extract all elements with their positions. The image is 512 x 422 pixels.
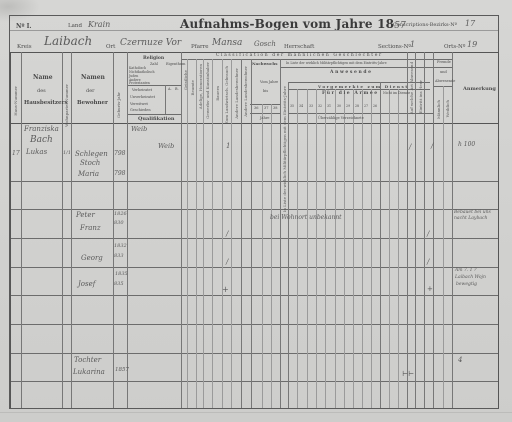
qualifikation-value: Weib [158,142,174,150]
col-line [407,52,408,408]
bewohner-value: Josef [78,280,95,288]
anmerkung-value: Am 7. 1 ? [455,268,476,273]
wohnpartei-value: 1/1 [63,150,71,156]
class-vert-label: Bauern [215,86,220,101]
armee-year: 27 [364,104,368,108]
land-value: Krain [88,20,110,29]
col-line [498,52,499,408]
anmerkung-value: h 100 [458,141,475,148]
stand-row: Verheiratet [132,88,152,92]
col-line [181,52,182,408]
col-line [362,89,363,408]
ort-label: Ort [106,44,115,50]
class-vert-label: Geistliche [183,70,188,90]
nachwuchs-year: 37 [264,106,268,110]
col-line [21,52,22,408]
tally-mark: / [226,230,228,238]
bewohner-value: Peter [76,211,95,219]
nachwuchs-year: 36 [254,106,258,110]
col-line [127,52,128,408]
col-line [353,89,354,408]
col-line [271,104,272,408]
bewohner-value: Franz [80,224,101,232]
hausbesitzer-value: Lukas [26,148,47,156]
paper-bottom-edge [0,412,512,413]
geburtsjahr-value: 1832 [114,243,127,249]
header-hausbesitzer-2: des [37,88,46,94]
col-line [433,52,434,408]
tally-mark: + [427,285,433,293]
bewohner-value: Tochter [74,356,101,364]
col-line [389,89,390,408]
conscription-value: 17 [465,19,475,28]
orts-label: Orts-Nº [444,44,465,50]
col-line [443,86,444,408]
nachwuchs-sub-1: Vom Jahre [260,80,278,84]
religion-col-1: Zahl [150,62,158,66]
title-text: Aufnahms-Bogen vom Jahre 18 [180,17,394,31]
stand-col-b: B. [175,87,179,91]
class-vert-label: Adelige, Honoratioren [198,64,203,109]
col-line [307,89,308,408]
cross-mark: + [222,285,229,294]
col-line [113,52,114,408]
armee-year: 34 [299,104,303,108]
header-bewohner-2: der [86,88,95,94]
anwesende-header: Anwesende [330,70,373,75]
bewohner-value: Schlegen [75,150,108,158]
geburtsjahr-value: 833 [114,253,124,259]
col-line [196,59,197,408]
hausbesitzer-value: Bach [30,135,53,145]
qualifikation-value: Weib [131,125,147,133]
header-divider [10,30,498,31]
tally-mark: / [427,258,429,266]
religion-row: Protestanten [129,81,150,85]
header-haus-nr: Haus-Nummer [13,86,18,116]
stand-row: Unverheiratet [130,95,155,99]
armee-year: 32 [318,104,322,108]
tally-mark: / [427,230,429,238]
armee-year: 28 [355,104,359,108]
form-title: Aufnahms-Bogen vom Jahre 1857 [180,17,406,31]
row-note: bei Wohnort unbekannt [270,214,342,221]
col-line [262,104,263,408]
bewohner-value: Lukarina [73,368,105,376]
qualifikation-header: Qualifikation [138,116,175,122]
bewohner-value: Maria [78,170,99,178]
geburtsjahr-value: 798 [114,150,125,157]
nachwuchs-year: 38 [273,106,277,110]
pfarre-label: Pfarre [191,44,209,50]
weiblich-vert-label: Weiblich [445,100,450,117]
stand-col-a: A. [168,87,172,91]
geburtsjahr-value: 835 [114,281,124,287]
conscription-label: Conscriptions-Bezirks-Nº [393,22,457,28]
col-line [222,59,223,408]
col-line [325,89,326,408]
census-form-page: Nº I. Land Krain Aufnahms-Bogen vom Jahr… [0,0,512,422]
hausbesitzer-value: Franziska [24,125,59,133]
pfarre-value: Mansa [212,38,242,48]
geburtsjahr-value: 830 [114,220,124,226]
col-line [297,89,298,408]
class-vert-label: In Liste der wirklich Militärpflichtigen… [282,86,287,212]
col-line [424,52,425,408]
col-line [452,52,453,408]
armee-year: 30 [337,104,341,108]
religion-col-2: Eigenthum [166,62,185,66]
nachwuchs-footer-line [250,113,280,114]
tally-mark: 1 [226,142,230,150]
religion-title: Religion [143,56,164,61]
class-vert-label: Andere Landesbewohner [243,66,248,117]
geburtsjahr-value: 1835 [115,271,128,277]
nachwuchs-footer: Jahre [260,116,270,120]
stand-row: Geschieden [130,108,151,112]
qualifikation-line [127,114,181,115]
anmerkung-value: nacht Laybach [454,216,487,221]
kreis-value: Laibach [44,34,92,48]
anmerkung-value: bewegtig [456,282,477,287]
eintritt-vert-label: Eintritt ins Heer [418,80,423,113]
col-line [231,59,232,408]
header-hausbesitzer-3: Hausbesitzers [24,100,68,106]
header-geburtsjahr: Geburts-Jahr [116,92,121,118]
class-vert-label: Zum Landwirtsch. Gebrauch [224,66,229,124]
tally-mark: / [431,142,433,150]
fremde-header-1: Fremde [437,60,451,64]
orts-value: 19 [467,40,477,49]
armee-year: 33 [309,104,313,108]
anmerkung-value: 4 [458,356,462,364]
maennlich-vert-label: Männlich [436,100,441,119]
land-label: Land [68,23,82,29]
col-line [241,59,242,408]
geburtsjahr-value: 1826 [114,211,127,217]
bewohner-value: Georg [81,254,103,262]
form-number: Nº I. [16,23,31,30]
anmerkung-value: Laibach Wojn [455,275,486,280]
col-line [415,52,416,408]
col-line [212,59,213,408]
pfarre-value-2: Gosch [254,40,276,48]
in-liste-header: In Liste der wirklich Militärpflichtigen… [286,61,387,65]
fremde-header-2: und [440,70,447,74]
class-vert-label: Gewerbs- und Kunstinhaber [205,62,210,119]
class-vert-label: Andere Landesbewohner [234,68,239,119]
header-wohnpartei: Wohnpartei-Nummer [64,84,69,127]
kreis-label: Kreis [17,44,32,50]
nachwuchs-header: Nachwuchs [252,61,278,66]
header-bewohner-3: Bewohner [77,100,108,106]
nachwuchs-sub-2: bis [263,89,268,93]
col-line [280,59,281,408]
herrschaft-label: Herrschaft [284,44,314,50]
col-line [10,52,11,408]
armee-year: 29 [346,104,350,108]
nicht-dienst-header: Nicht im Dienste [383,91,410,95]
col-line [187,59,188,408]
header-bewohner-1: Namen [81,74,105,81]
armee-year: 26 [373,104,377,108]
ueberzaehlige-footer: Überzählige Verzeichnete [318,116,364,120]
classification-title: Classification der männlichen Geschlecht… [216,53,383,58]
col-line [71,52,72,408]
tally-mark: / [226,258,228,266]
col-line [335,89,336,408]
sections-label: Sections-Nº [378,44,411,50]
col-line [398,89,399,408]
col-line [203,59,204,408]
anwesende-line [280,67,453,68]
armee-header: Für die Armee [322,91,379,96]
col-line [288,82,289,408]
tally-mark: ⊢⊢ [402,370,414,378]
armee-year: 31 [327,104,331,108]
col-line [371,89,372,408]
vorgemerkte-header: Vorgemerkte zum Dienst [318,84,409,89]
geburtsjahr-value: 798 [114,170,125,177]
abwesend-vert-label: Auf welche Art Abwesend [409,62,414,114]
anmerkung-header: Anmerkung [463,86,496,92]
religion-split-line [127,85,181,86]
col-line [380,82,381,408]
tally-mark: / [409,143,411,151]
col-line [344,89,345,408]
anmerkung-value: Bebauet bei uns [454,210,491,215]
class-vert-label: Beamte [190,80,195,95]
col-line [251,59,252,408]
col-line [165,85,166,114]
geburtsjahr-value: 1857 [115,367,129,373]
bewohner-value: Stoch [80,159,100,167]
nachwuchs-years-line [250,104,280,105]
col-line [316,89,317,408]
header-hausbesitzer-1: Name [33,74,53,81]
ort-value: Czernuze Vor [120,38,181,48]
stand-row: Verwitwet [130,102,148,106]
fremde-header-3: Abwesende [435,79,455,83]
armee-year: 35 [290,104,294,108]
haus-nr-value: 17 [12,150,20,157]
sections-value: 1 [410,40,415,49]
